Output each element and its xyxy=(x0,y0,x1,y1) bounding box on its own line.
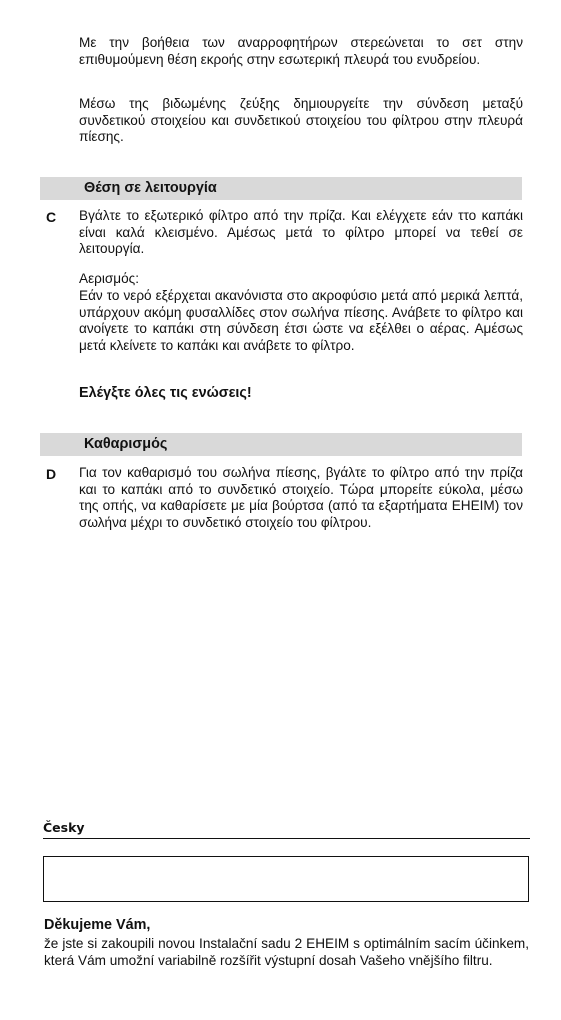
thanks-paragraph: že jste si zakoupili novou Instalační sa… xyxy=(44,936,529,969)
intro-paragraph-2: Μέσω της βιδωμένης ζεύξης δημιουργείτε τ… xyxy=(79,96,523,146)
venting-label: Αερισμός: xyxy=(79,271,523,288)
thanks-heading: Děkujeme Vám, xyxy=(44,917,150,934)
section-title-cleaning: Καθαρισμός xyxy=(84,436,167,453)
intro-paragraph-1: Με την βοήθεια των αναρροφητήρων στερεών… xyxy=(79,35,523,68)
divider-rule xyxy=(43,838,530,839)
section-header-cleaning: Καθαρισμός xyxy=(40,433,522,456)
step-letter-c: C xyxy=(46,209,56,225)
step-letter-d: D xyxy=(46,466,56,482)
startup-paragraph: Βγάλτε το εξωτερικό φίλτρο από την πρίζα… xyxy=(79,208,523,258)
check-connections-note: Ελέγξτε όλες τις ενώσεις! xyxy=(79,385,252,402)
cleaning-paragraph: Για τον καθαρισμό του σωλήνα πίεσης, βγά… xyxy=(79,465,523,531)
venting-paragraph: Εάν το νερό εξέρχεται ακανόνιστα στο ακρ… xyxy=(79,288,523,354)
section-header-startup: Θέση σε λειτουργία xyxy=(40,177,522,200)
language-heading: Česky xyxy=(43,820,85,835)
empty-frame-box xyxy=(43,856,529,902)
section-title-startup: Θέση σε λειτουργία xyxy=(84,180,217,197)
